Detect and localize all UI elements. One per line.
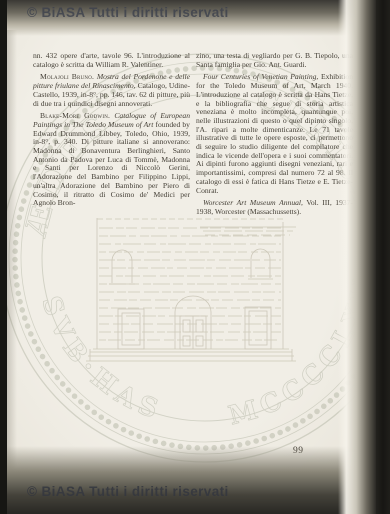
left-column: nn. 432 opere d'arte, tavole 96. L'intro… [33,52,190,212]
entry-author: Molajoli Bruno. [40,72,94,81]
left-gutter-shadow [7,30,17,480]
bibliography-entry-venetian-painting: Four Centuries of Venetian Painting, Exh… [196,73,353,195]
entry-author: Blake-More Godwin. [40,111,110,120]
entry-title: Worcester Art Museum Annual, [203,198,303,207]
building-engraving [86,218,296,361]
bibliography-entry-worcester: Worcester Art Museum Annual, Vol. III, 1… [196,199,353,216]
entry-title: Four Centuries of Venetian Painting, [203,72,318,81]
entry-detail: Exhibition for the Toledo Museum of Art,… [196,72,353,194]
paragraph-continuation: zino, una testa di vegliardo per G. B. T… [196,52,353,69]
scan-left-border [0,0,7,514]
scan-bottom-edge [0,446,390,514]
scanned-book-page: ÆDES CHRISTI SVB·HAS MCCCCLXV [0,0,390,514]
bibliography-entry-godwin: Blake-More Godwin. Catalogue of European… [33,112,190,208]
copyright-watermark-bottom: © BiASA Tutti i diritti riservati [27,484,229,499]
stamp-text-svb-has: SVB·HAS [35,293,167,427]
entry-detail: founded by Edward Drummond Libbey, Toled… [33,120,190,207]
scan-right-border [376,0,390,514]
page-edge-curl [338,0,376,514]
right-column: zino, una testa di vegliardo per G. B. T… [196,52,353,221]
paragraph-continuation: nn. 432 opere d'arte, tavole 96. L'intro… [33,52,190,69]
copyright-watermark-top: © BiASA Tutti i diritti riservati [27,5,229,20]
bibliography-entry-molajoli: Molajoli Bruno. Mostra del Pordenone e d… [33,73,190,108]
